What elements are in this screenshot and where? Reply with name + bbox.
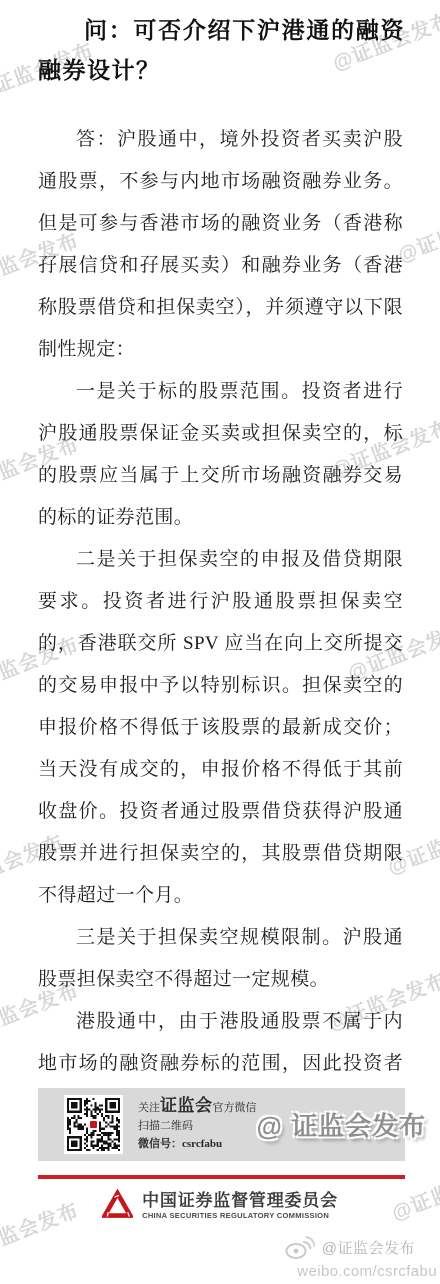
org-name-cn: 中国证券监督管理委员会 bbox=[142, 1191, 338, 1211]
scan-hint: 扫描二维码 bbox=[138, 1119, 257, 1134]
org-name-en: CHINA SECURITIES REGULATORY COMMISSION bbox=[142, 1211, 338, 1221]
red-divider bbox=[38, 1175, 405, 1179]
answer-paragraph: 三是关于担保卖空规模限制。沪股通股票担保卖空不得超过一定规模。 bbox=[38, 917, 403, 1001]
wechat-big-handle: @ 证监会发布 bbox=[257, 1106, 427, 1143]
wechat-id-value: csrcfabu bbox=[182, 1138, 222, 1150]
answer-paragraph: 一是关于标的股票范围。投资者进行沪股通股票保证金买卖或担保卖空的，标的股票应当属… bbox=[38, 371, 403, 539]
document-page: @证监会发布@证监会发布@证监会发布@证监会发布@证监会发布@证监会发布@证监会… bbox=[0, 0, 440, 1284]
wechat-id-label: 微信号： bbox=[138, 1138, 182, 1150]
weibo-icon bbox=[285, 1234, 315, 1260]
qr-code bbox=[64, 1095, 123, 1154]
wechat-account-name: 证监会 bbox=[160, 1096, 213, 1115]
wechat-follow-line: 关注证监会官方微信 bbox=[138, 1098, 257, 1116]
weibo-handle-row: @证监会发布 bbox=[285, 1234, 415, 1260]
wechat-banner: 关注证监会官方微信 扫描二维码 微信号：csrcfabu @ 证监会发布 bbox=[38, 1088, 405, 1161]
org-names: 中国证券监督管理委员会 CHINA SECURITIES REGULATORY … bbox=[142, 1191, 338, 1221]
follow-prefix: 关注 bbox=[138, 1102, 160, 1114]
org-footer: 中国证券监督管理委员会 CHINA SECURITIES REGULATORY … bbox=[0, 1189, 440, 1223]
follow-suffix: 官方微信 bbox=[213, 1102, 257, 1114]
wechat-id-line: 微信号：csrcfabu bbox=[138, 1137, 257, 1152]
answer-paragraph: 二是关于担保卖空的申报及借贷期限要求。投资者进行沪股通股票担保卖空的，香港联交所… bbox=[38, 539, 403, 917]
weibo-credit: @证监会发布 weibo.com/csrcfabu bbox=[285, 1234, 437, 1280]
answer-body: 答：沪股通中，境外投资者买卖沪股通股票，不参与内地市场融资融券业务。但是可参与香… bbox=[38, 119, 403, 1127]
csrc-emblem-icon bbox=[102, 1189, 133, 1223]
question-title: 问：可否介绍下沪港通的融资融券设计？ bbox=[38, 10, 405, 90]
answer-paragraph: 答：沪股通中，境外投资者买卖沪股通股票，不参与内地市场融资融券业务。但是可参与香… bbox=[38, 119, 403, 371]
weibo-url: weibo.com/csrcfabu bbox=[285, 1263, 437, 1280]
weibo-handle: @证监会发布 bbox=[322, 1237, 415, 1258]
wechat-info: 关注证监会官方微信 扫描二维码 微信号：csrcfabu bbox=[138, 1098, 257, 1152]
